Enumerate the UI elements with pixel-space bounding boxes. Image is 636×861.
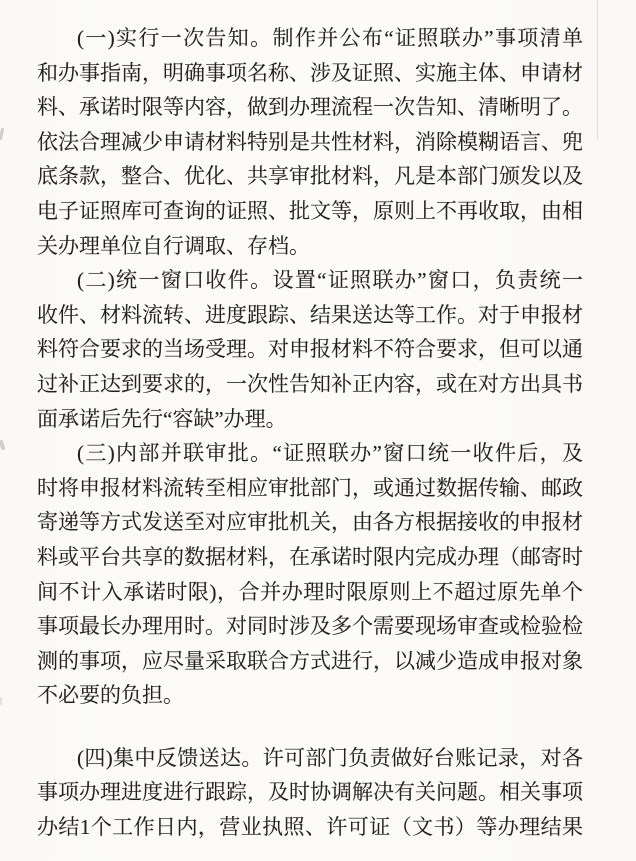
text-line: 关办理单位自行调取、存档。 — [37, 229, 583, 264]
text-line: 收件、材料流转、进度跟踪、结果送达等工作。对于申报材 — [37, 298, 583, 333]
text-line: 面承诺后先行“容缺”办理。 — [37, 402, 583, 437]
text-line: 寄递等方式发送至对应审批机关，由各方根据接收的申报材 — [37, 505, 583, 540]
text-line: 事项办理进度进行跟踪，及时协调解决有关问题。相关事项 — [37, 775, 583, 810]
text-line: 和办事指南，明确事项名称、涉及证照、实施主体、申请材 — [37, 56, 583, 91]
text-line: 不必要的负担。 — [37, 678, 583, 713]
paragraph-4: (四)集中反馈送达。许可部门负责做好台账记录，对各 事项办理进度进行跟踪，及时协… — [37, 741, 583, 845]
text-line: (二)统一窗口收件。设置“证照联办”窗口，负责统一 — [37, 263, 583, 298]
page-crease — [597, 0, 598, 140]
document-page: (一)实行一次告知。制作并公布“证照联办”事项清单 和办事指南，明确事项名称、涉… — [0, 0, 636, 861]
text-line: 电子证照库可查询的证照、批文等，原则上不再收取，由相 — [37, 194, 583, 229]
text-line: (一)实行一次告知。制作并公布“证照联办”事项清单 — [37, 21, 583, 56]
text-line: (四)集中反馈送达。许可部门负责做好台账记录，对各 — [37, 741, 583, 776]
text-line: 事项最长办理用时。对同时涉及多个需要现场审查或检验检 — [37, 609, 583, 644]
document-text-block: (一)实行一次告知。制作并公布“证照联办”事项清单 和办事指南，明确事项名称、涉… — [37, 21, 583, 845]
text-line: 料或平台共享的数据材料，在承诺时限内完成办理（邮寄时 — [37, 540, 583, 575]
text-line: (三)内部并联审批。“证照联办”窗口统一收件后，及 — [37, 436, 583, 471]
scan-artifact — [0, 440, 5, 451]
paragraph-1: (一)实行一次告知。制作并公布“证照联办”事项清单 和办事指南，明确事项名称、涉… — [37, 21, 583, 263]
scan-artifact — [0, 697, 2, 705]
text-line: 料符合要求的当场受理。对申报材料不符合要求，但可以通 — [37, 332, 583, 367]
text-line: 过补正达到要求的，一次性告知补正内容，或在对方出具书 — [37, 367, 583, 402]
text-line: 间不计入承诺时限)，合并办理时限原则上不超过原先单个 — [37, 575, 583, 610]
paragraph-2: (二)统一窗口收件。设置“证照联办”窗口，负责统一 收件、材料流转、进度跟踪、结… — [37, 263, 583, 436]
text-line: 测的事项，应尽量采取联合方式进行，以减少造成申报对象 — [37, 644, 583, 679]
paragraph-3: (三)内部并联审批。“证照联办”窗口统一收件后，及 时将申报材料流转至相应审批部… — [37, 436, 583, 713]
text-line: 办结1个工作日内，营业执照、许可证（文书）等办理结果 — [37, 810, 583, 845]
text-line: 时将申报材料流转至相应审批部门，或通过数据传输、邮政 — [37, 471, 583, 506]
text-line: 依法合理减少申请材料特别是共性材料，消除模糊语言、兜 — [37, 125, 583, 160]
scan-artifact — [0, 128, 4, 140]
text-line: 底条款，整合、优化、共享审批材料，凡是本部门颁发以及 — [37, 159, 583, 194]
text-line: 料、承诺时限等内容，做到办理流程一次告知、清晰明了。 — [37, 90, 583, 125]
